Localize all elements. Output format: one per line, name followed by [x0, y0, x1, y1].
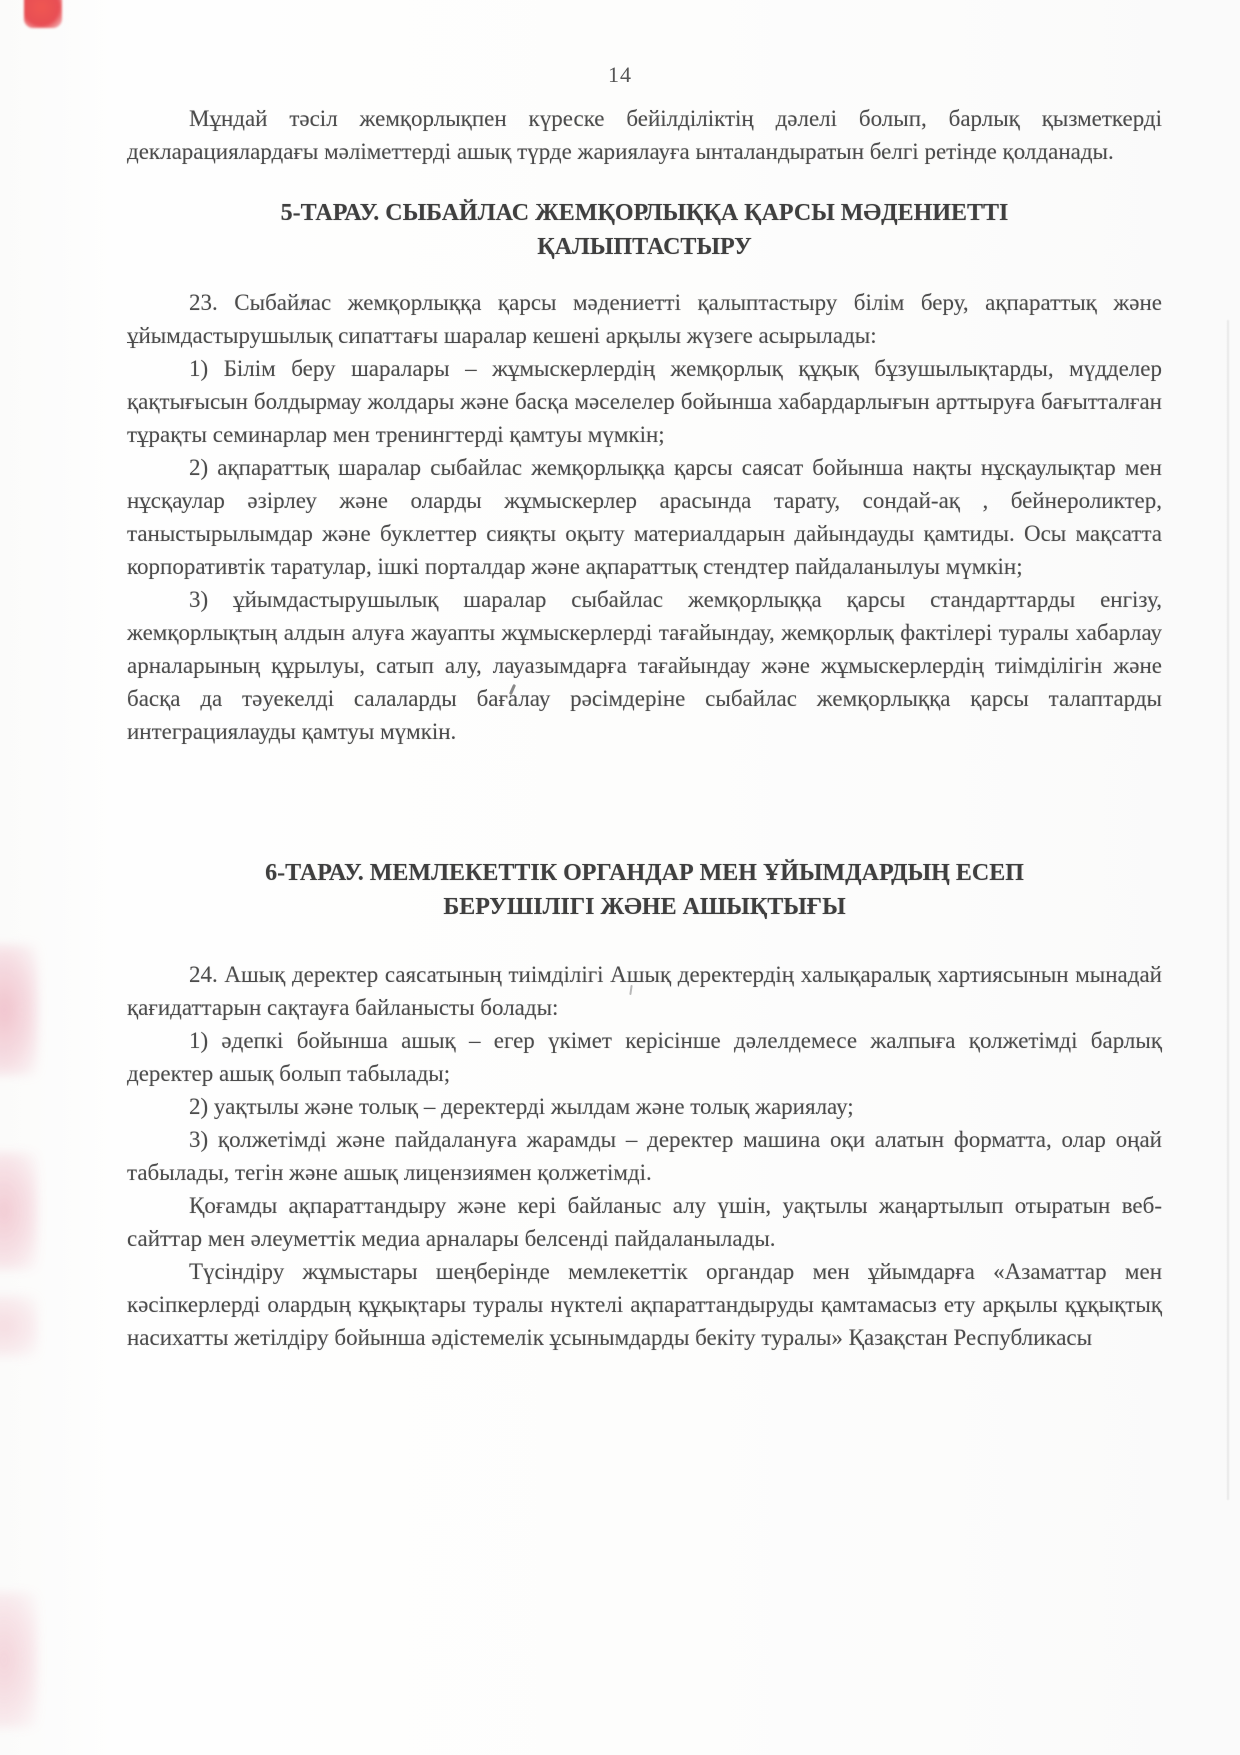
document-content: Мұндай тәсіл жемқорлықпен күреске бейілд… — [127, 102, 1162, 1354]
chapter-6-heading: 6-ТАРАУ. МЕМЛЕКЕТТІК ОРГАНДАР МЕН ҰЙЫМДА… — [195, 856, 1095, 924]
red-scan-mark — [24, 0, 62, 28]
scan-edge-line — [1227, 320, 1229, 1500]
pink-scan-smudge — [0, 1152, 38, 1270]
chapter-5-heading: 5-ТАРАУ. СЫБАЙЛАС ЖЕМҚОРЛЫҚҚА ҚАРСЫ МӘДЕ… — [195, 196, 1095, 264]
paragraph-24: 24. Ашық деректер саясатының тиімділігі … — [127, 958, 1162, 1024]
scanned-document-page: 14 Мұндай тәсіл жемқорлықпен күреске бей… — [0, 0, 1240, 1755]
pink-scan-smudge — [0, 1295, 38, 1357]
pink-scan-smudge — [0, 945, 38, 1075]
page-number: 14 — [0, 62, 1240, 88]
pink-scan-smudge — [0, 1592, 38, 1728]
paragraph-24-item-3: 3) қолжетімді және пайдалануға жарамды –… — [127, 1123, 1162, 1189]
paragraph-24-item-1: 1) әдепкі бойынша ашық – егер үкімет кер… — [127, 1024, 1162, 1090]
paragraph-24-item-2: 2) уақтылы және толық – деректерді жылда… — [127, 1090, 1162, 1123]
paragraph-intro: Мұндай тәсіл жемқорлықпен күреске бейілд… — [127, 102, 1162, 168]
paragraph-23-item-1: 1) Білім беру шаралары – жұмыскерлердің … — [127, 352, 1162, 451]
paragraph-23-item-3: 3) ұйымдастырушылық шаралар сыбайлас жем… — [127, 583, 1162, 748]
paragraph-23: 23. Сыбайлас жемқорлыққа қарсы мәдениетт… — [127, 286, 1162, 352]
paragraph-23-item-2: 2) ақпараттық шаралар сыбайлас жемқорлық… — [127, 451, 1162, 583]
paragraph-explanatory-work: Түсіндіру жұмыстары шеңберінде мемлекетт… — [127, 1255, 1162, 1354]
paragraph-public-info: Қоғамды ақпараттандыру және кері байланы… — [127, 1189, 1162, 1255]
